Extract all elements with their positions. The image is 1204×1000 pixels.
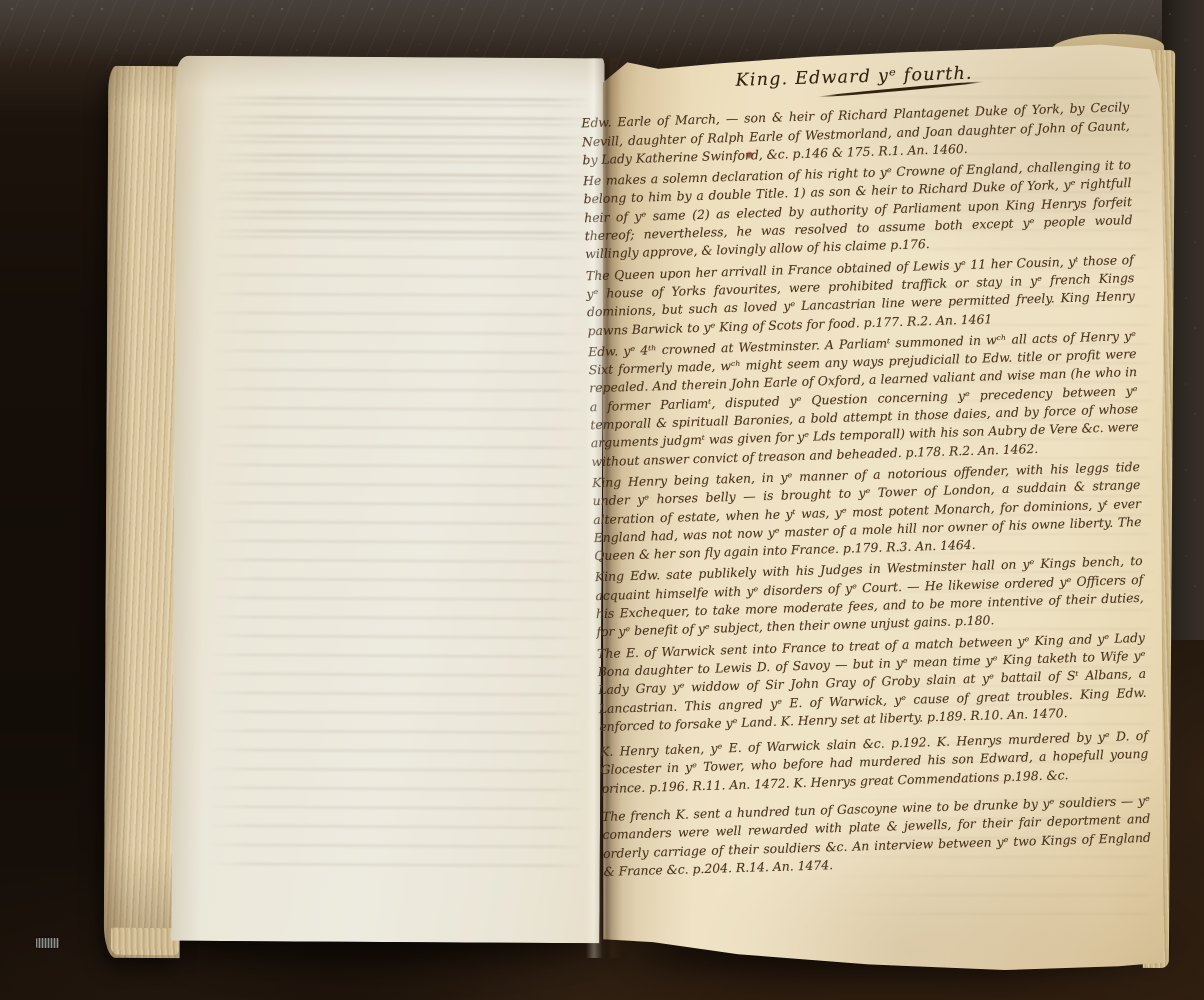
manuscript-paragraph: King Henry being taken, in yᵉ manner of … [592,458,1142,566]
manuscript-paragraph: The E. of Warwick sent into France to tr… [597,628,1147,736]
manuscript-paragraph: He makes a solemn declaration of his rig… [583,156,1133,264]
left-page-bleedthrough-top [216,84,593,236]
spine-label-sticker [36,938,59,948]
photo-of-open-manuscript-book: King. Edward yᵉ fourth. Edw. Earle of Ma… [0,0,1204,1000]
left-blank-page [171,56,604,944]
left-fore-edge-bottom-corner [111,928,179,956]
manuscript-paragraph: King Edw. sate publikely with his Judges… [595,552,1145,641]
manuscript-paragraph: The french K. sent a hundred tun of Gasc… [602,792,1152,881]
manuscript-paragraph: Edw. yᵉ 4ᵗʰ crowned at Westminster. A Pa… [588,327,1140,471]
manuscript-paragraph: The Queen upon her arrivall in France ob… [586,251,1136,340]
manuscript-text-block: King. Edward yᵉ fourth. Edw. Earle of Ma… [580,60,1152,884]
red-ink-blot [746,152,753,158]
manuscript-paragraph: K. Henry taken, yᵉ E. of Warwick slain &… [600,727,1149,798]
